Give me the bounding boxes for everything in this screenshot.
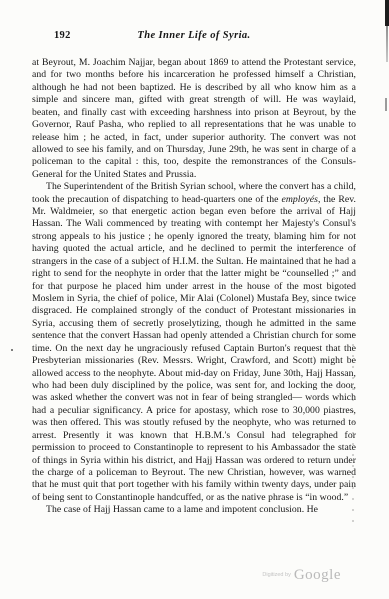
body-paragraph: The Superintendent of the British Syrian… bbox=[32, 181, 356, 504]
body-paragraph: at Beyrout, M. Joachim Najjar, began abo… bbox=[32, 57, 356, 181]
scan-noise-dot bbox=[11, 349, 13, 351]
page-header: 192 The Inner Life of Syria. bbox=[32, 30, 356, 46]
page-body: at Beyrout, M. Joachim Najjar, began abo… bbox=[32, 57, 356, 517]
scan-noise-speckles bbox=[352, 300, 354, 525]
body-paragraph: The case of Hajj Hassan came to a lame a… bbox=[32, 504, 356, 516]
italic-word: employés bbox=[281, 194, 317, 205]
digitized-by-label: Digitized by bbox=[262, 572, 290, 578]
scan-edge-artifact bbox=[386, 26, 388, 62]
google-logo: Google bbox=[294, 567, 341, 583]
watermark: Digitized byGoogle bbox=[262, 566, 341, 584]
paragraph-text: , the Rev. Mr. Waldmeier, so that energe… bbox=[32, 194, 356, 503]
scan-edge-artifact bbox=[385, 98, 387, 111]
running-title: The Inner Life of Syria. bbox=[32, 30, 356, 41]
scan-edge-artifact bbox=[385, 0, 389, 26]
scanned-page: 192 The Inner Life of Syria. at Beyrout,… bbox=[0, 0, 389, 599]
